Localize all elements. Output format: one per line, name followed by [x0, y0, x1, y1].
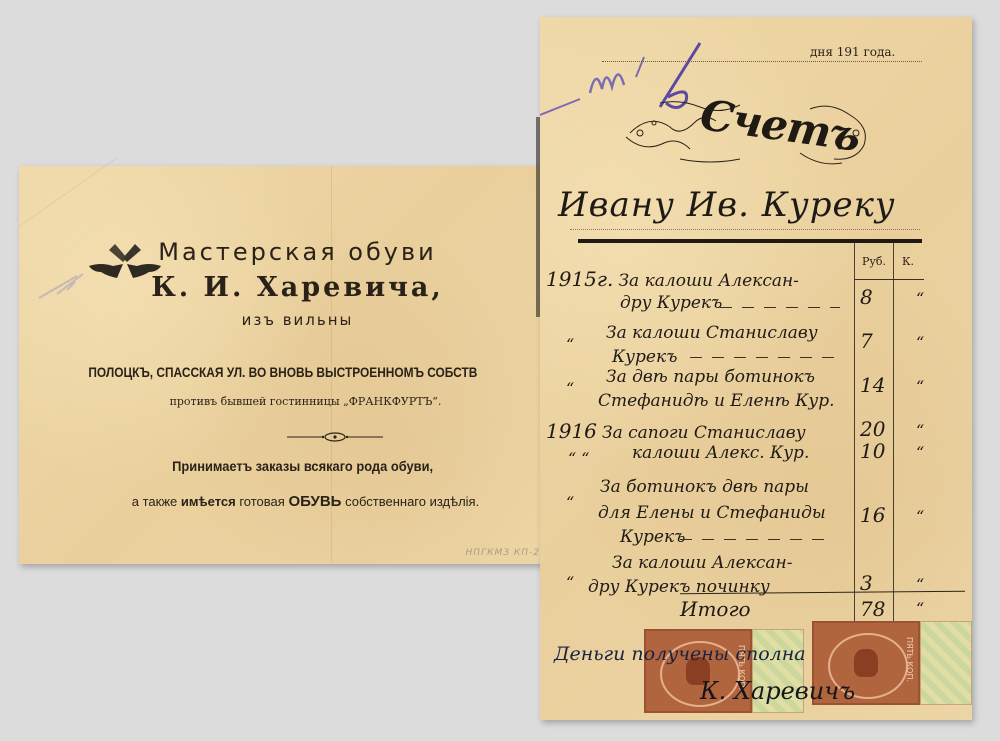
ditto-mark: “ — [566, 379, 574, 398]
entry-rub: 14 — [860, 373, 885, 397]
recipient-dotted-line — [570, 229, 920, 230]
entry-year: 1915г. — [546, 267, 613, 291]
entry-row-cont: дру Курекъ починку — [588, 577, 770, 597]
entry-row-cont: для Елены и Стефаниды — [598, 503, 826, 523]
entry-kop: “ — [916, 377, 924, 396]
entry-text: За двѣ пары ботинокъ — [606, 367, 815, 387]
entry-row: За ботинокъ двѣ пары — [600, 477, 809, 497]
fill-dash — [720, 307, 840, 308]
ready-goods-line: а также имѣется готовая ОБУВЬ собственна… — [19, 493, 568, 510]
date-text: дня 191 года. — [810, 45, 895, 59]
kop-column-header: К. — [902, 255, 914, 268]
landmark-note: противъ бывшей гостинницы „ФРАНКФУРТЪ“. — [19, 395, 568, 408]
entry-text: За ботинокъ двѣ пары — [600, 477, 809, 497]
entry-kop: “ — [916, 333, 924, 352]
entry-rub: 7 — [860, 329, 873, 353]
entry-row-cont: Курекъ — [620, 527, 685, 547]
entry-kop: “ — [916, 289, 924, 308]
stamp-value: ПЯТЬ КОП. — [905, 637, 914, 682]
entry-row: 1915г. За калоши Алексан- — [546, 267, 799, 291]
entry-row: За калоши Станиславу — [606, 323, 818, 343]
invoice-sheet: дня 191 года. Счетъ Ивану Ив. Куреку Руб… — [540, 17, 972, 720]
column-header-rule — [854, 279, 924, 280]
entry-text: калоши Алекс. Кур. — [632, 443, 809, 463]
total-kop: “ — [916, 599, 924, 618]
ditto-mark: “ — [566, 335, 574, 354]
entry-row-cont: Стефанидѣ и Еленѣ Кур. — [598, 391, 835, 411]
entry-text: Курекъ — [620, 527, 685, 547]
entry-kop: “ — [916, 443, 924, 462]
entry-row: калоши Алекс. Кур. — [632, 443, 809, 463]
entry-rub: 16 — [860, 503, 885, 527]
ditto-mark: “ — [566, 493, 574, 512]
total-rub: 78 — [860, 597, 885, 621]
ornament-divider-icon — [287, 432, 383, 442]
entry-text: За калоши Алексан- — [618, 271, 798, 291]
inventory-number: НПГКМЗ КП-2 — [466, 548, 540, 558]
ready-suffix: собственнаго издѣлія. — [345, 494, 479, 509]
paper-edge — [536, 117, 540, 317]
signature: К. Харевичъ — [700, 677, 855, 705]
entry-rub: 8 — [860, 285, 873, 309]
entry-text: для Елены и Стефаниды — [598, 503, 826, 523]
recipient-name: Ивану Ив. Куреку — [558, 185, 896, 225]
entry-text: дру Курекъ починку — [588, 577, 770, 597]
shop-address: ПОЛОЦКЪ, СПАССКАЯ УЛ. ВО ВНОВЬ ВЫСТРОЕНН… — [88, 364, 534, 380]
receipt-note: Деньги получены сполна — [554, 643, 806, 665]
entry-row: За двѣ пары ботинокъ — [606, 367, 815, 387]
fill-dash — [690, 357, 840, 358]
entry-row-cont: дру Курекъ — [620, 293, 722, 313]
stamp-coupon — [920, 621, 972, 705]
ready-emph: имѣется — [181, 494, 236, 509]
entry-text: За калоши Станиславу — [606, 323, 818, 343]
from-city: изъ вильны — [19, 311, 560, 329]
ditto-mark: “ “ — [568, 449, 589, 468]
entry-rub: 20 — [860, 417, 885, 441]
rub-column-line — [854, 243, 855, 623]
entry-text: Стефанидѣ и Еленѣ Кур. — [598, 391, 835, 411]
eagle-icon — [854, 649, 878, 677]
rub-column-header: Руб. — [862, 255, 886, 268]
entry-kop: “ — [916, 507, 924, 526]
entry-row: 1916 За сапоги Станиславу — [546, 419, 806, 443]
shop-title: Мастерская обуви — [19, 238, 560, 266]
total-label: Итого — [680, 597, 751, 621]
entry-kop: “ — [916, 421, 924, 440]
ditto-mark: “ — [566, 573, 574, 592]
entry-rub: 10 — [860, 439, 885, 463]
kop-column-line — [893, 243, 894, 623]
orders-line: Принимаетъ заказы всякаго рода обуви, — [41, 458, 544, 474]
entry-row-cont: Курекъ — [612, 347, 677, 367]
header-rule — [578, 239, 922, 243]
entry-text: За сапоги Станиславу — [602, 423, 806, 443]
owner-name: К. И. Харевича, — [19, 272, 560, 303]
fill-dash — [680, 539, 830, 540]
ready-prefix: а также — [132, 494, 178, 509]
ready-big: ОБУВЬ — [288, 493, 341, 510]
paper-crease — [19, 157, 118, 227]
entry-text: Курекъ — [612, 347, 677, 367]
entry-text: дру Курекъ — [620, 293, 722, 313]
entry-row: За калоши Алексан- — [612, 553, 792, 573]
entry-year: 1916 — [546, 419, 597, 443]
ready-mid: готовая — [239, 494, 284, 509]
business-card: Мастерская обуви К. И. Харевича, изъ вил… — [19, 166, 544, 564]
entry-text: За калоши Алексан- — [612, 553, 792, 573]
